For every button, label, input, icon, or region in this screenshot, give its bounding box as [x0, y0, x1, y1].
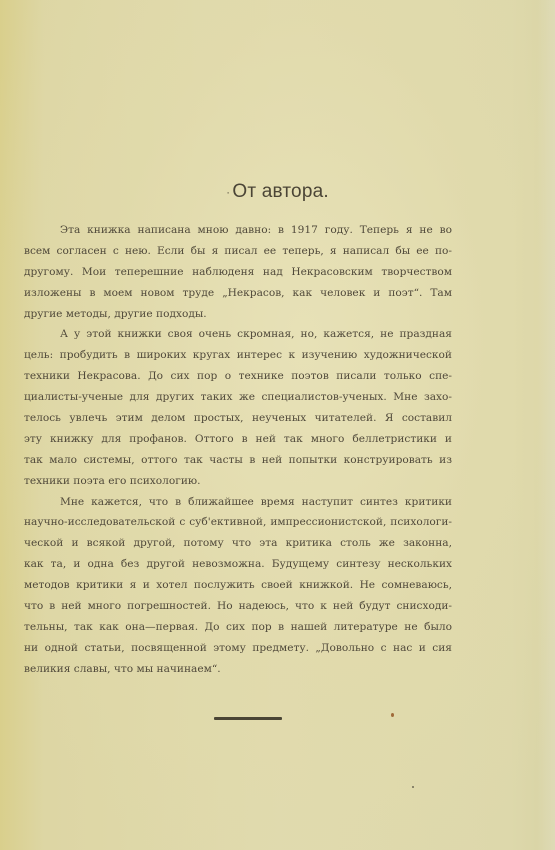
text-line: техники Некрасова. До сих пор о технике …	[24, 366, 452, 387]
text-line: ческой и всякой другой, потому что эта к…	[24, 533, 452, 554]
text-line: телось увлечь этим делом простых, неучен…	[24, 408, 452, 429]
text-line: другому. Мои теперешние наблюденя над Не…	[24, 262, 452, 283]
text-line: А у этой книжки своя очень скромная, но,…	[24, 324, 452, 345]
text-line: другие методы, другие подходы.	[24, 304, 452, 325]
scanned-page: ·От автора. Эта книжка написана мною дав…	[0, 0, 555, 850]
text-line: ни одной статьи, посвященной этому предм…	[24, 638, 452, 659]
text-line: тельны, так как она—первая. До сих пор в…	[24, 617, 452, 638]
title-dot-mark: ·	[226, 185, 230, 199]
text-line: Эта книжка написана мною давно: в 1917 г…	[24, 220, 452, 241]
text-line: научно-исследовательской с суб'ективной,…	[24, 512, 452, 533]
text-line: изложены в моем новом труде „Некрасов, к…	[24, 283, 452, 304]
closing-rule-divider	[214, 717, 282, 720]
text-line: как та, и одна без другой невозможна. Бу…	[24, 554, 452, 575]
text-line: эту книжку для профанов. Оттого в ней та…	[24, 429, 452, 450]
page-title: ·От автора.	[0, 181, 555, 203]
text-line: цель: пробудить в широких кругах интерес…	[24, 345, 452, 366]
title-text: От автора.	[232, 181, 328, 202]
text-line: так мало системы, оттого так часты в ней…	[24, 450, 452, 471]
ink-speck	[391, 713, 394, 717]
text-line: что в ней много погрешностей. Но надеюсь…	[24, 596, 452, 617]
text-line: Мне кажется, что в ближайшее время насту…	[24, 492, 452, 513]
author-foreword-text: Эта книжка написана мною давно: в 1917 г…	[24, 220, 452, 680]
text-line: техники поэта его психологию.	[24, 471, 452, 492]
text-line: циалисты-ученые для других таких же спец…	[24, 387, 452, 408]
text-line: методов критики я и хотел послужить свое…	[24, 575, 452, 596]
ink-speck	[412, 786, 414, 788]
text-line: великия славы, что мы начинаем“.	[24, 659, 452, 680]
text-line: всем согласен с нею. Если бы я писал ее …	[24, 241, 452, 262]
